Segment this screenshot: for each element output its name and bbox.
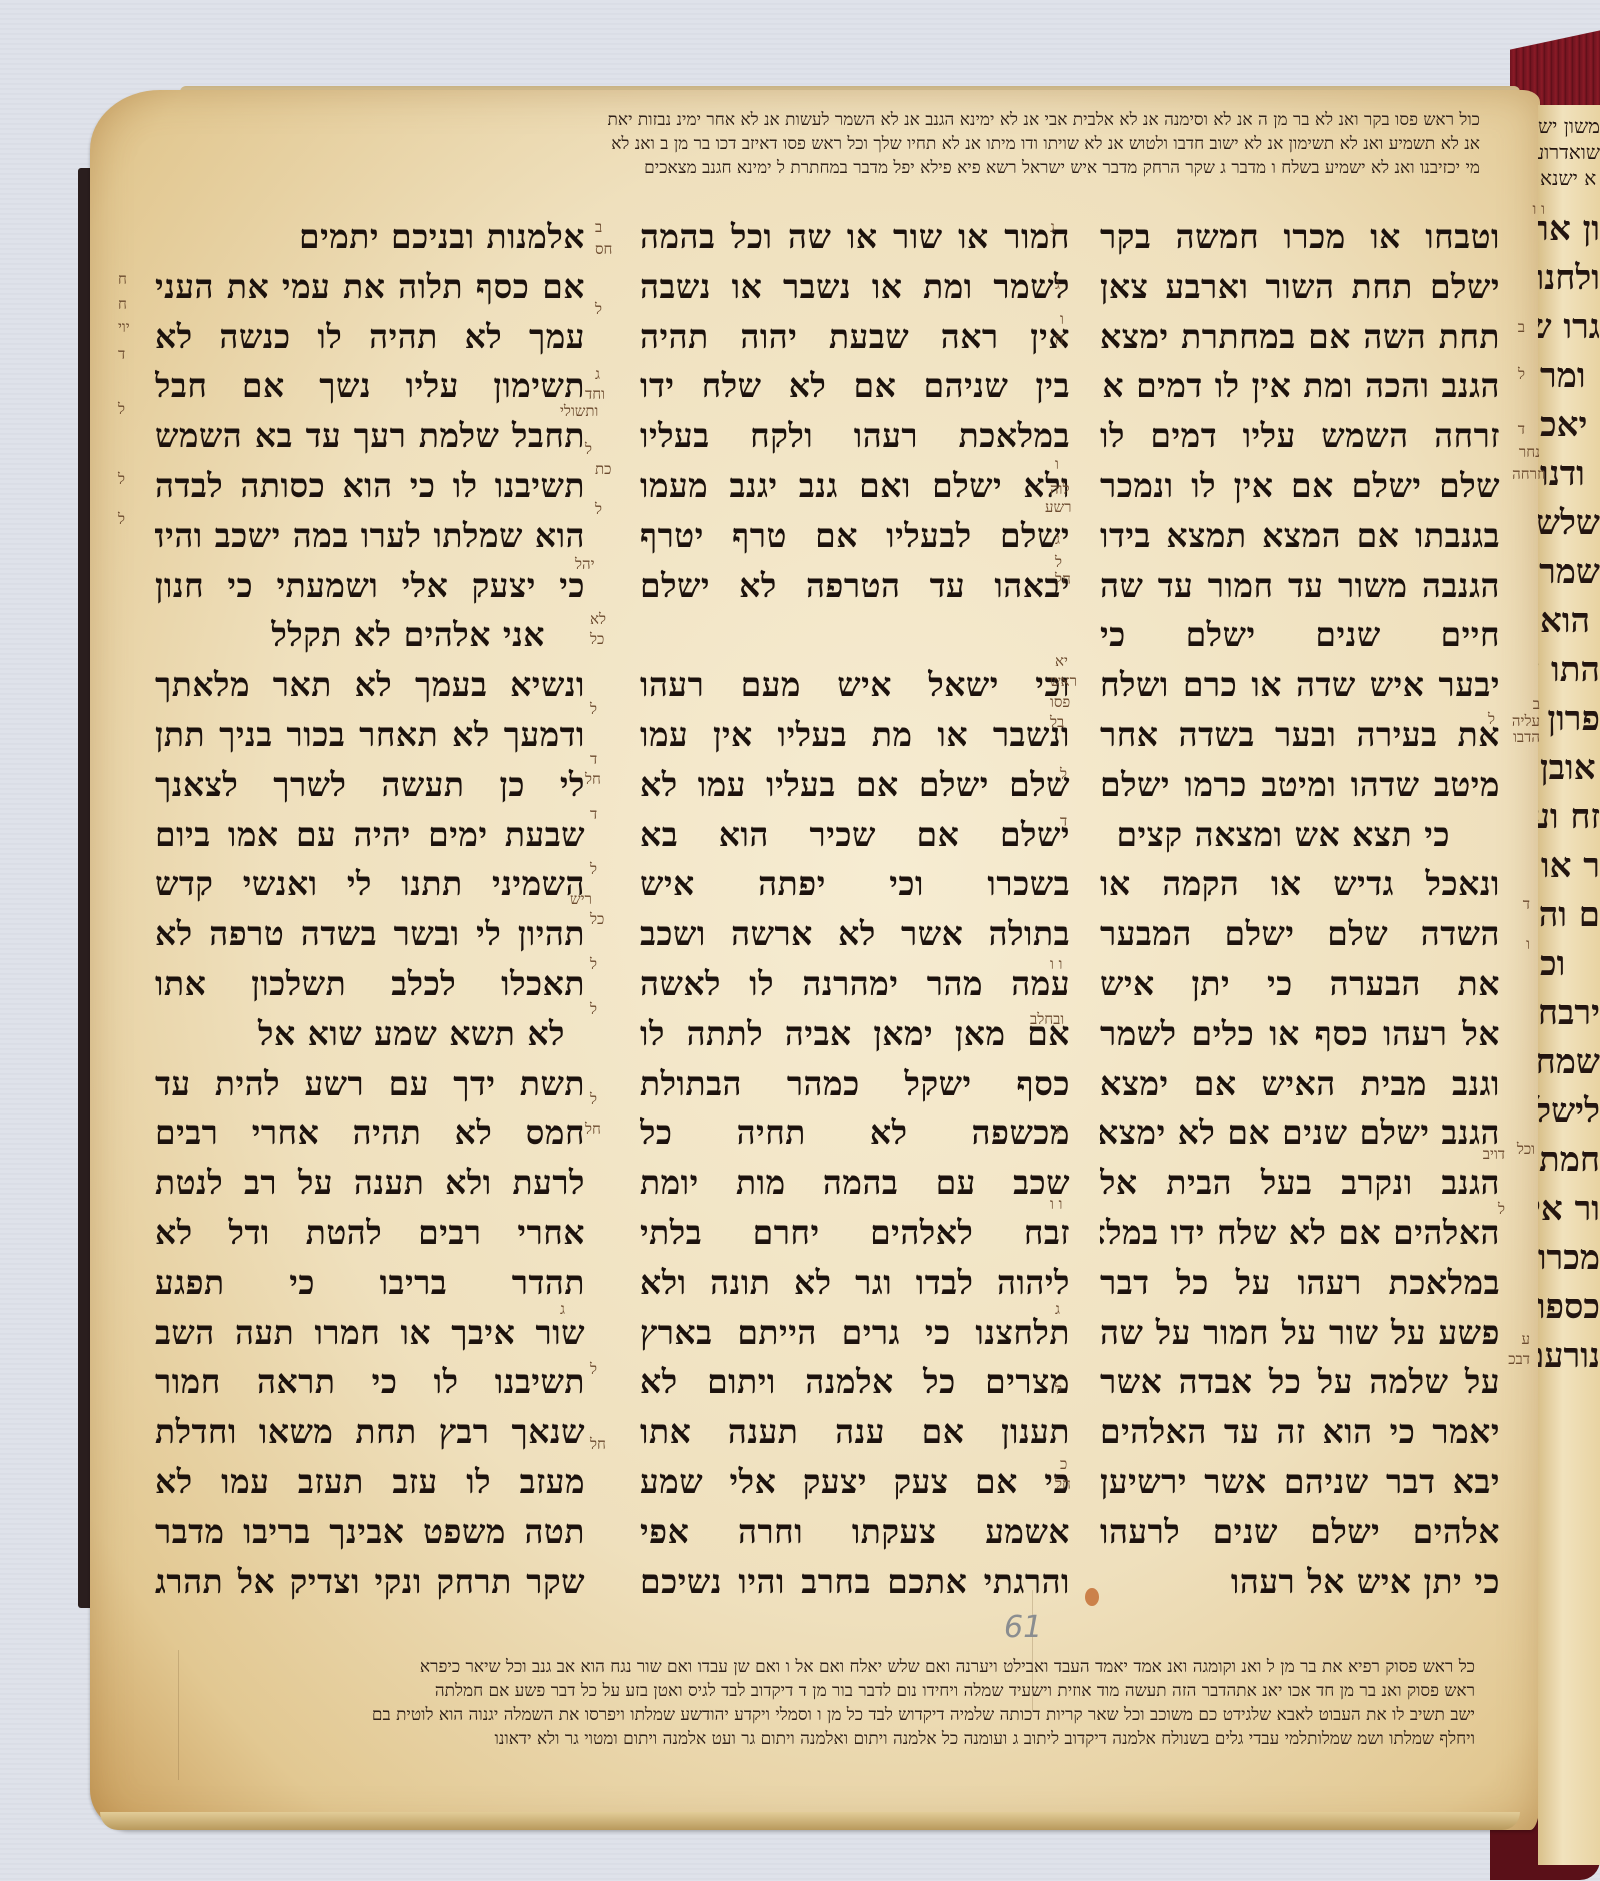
next-page-line: נורעם — [1538, 1332, 1600, 1381]
margin-note: ג — [1055, 1300, 1060, 1318]
next-page-line: ור איש — [1538, 1185, 1600, 1234]
text-line: אני אלהים לא תקלל — [155, 610, 585, 660]
margin-note: ל — [1060, 765, 1067, 783]
text-line: שכב עם בהמה מות יומת — [640, 1158, 1070, 1208]
masorah-magna-top: כול ראש פסו בקר ואנ לא בר מן ה אנ לא וסי… — [150, 108, 1480, 180]
margin-note: ל — [1488, 710, 1495, 728]
margin-note: כת — [595, 460, 611, 478]
text-line: שלם ישלם אם בעליו עמו לא — [640, 760, 1070, 810]
margin-note: ו ו — [1050, 955, 1062, 973]
margin-note: וכל — [1517, 1140, 1535, 1158]
text-line: תטה משפט אבינך בריבו מדבר — [155, 1507, 585, 1557]
margin-note: חס — [595, 240, 612, 258]
next-page-line: ומר — [1538, 352, 1600, 401]
text-line: שנאך רבץ תחת משאו וחדלת — [155, 1407, 585, 1457]
next-page-line: שואדרוע — [1538, 139, 1600, 165]
text-line: ישלם לבעליו אם טרף יטרף — [640, 511, 1070, 561]
facing-page-fragment: משון יש שואדרוע א ישנא ון ארש ולחנו גרו … — [1538, 105, 1600, 1865]
margin-note: ל — [590, 1000, 597, 1018]
text-line: אשמע צעקתו וחרה אפי — [640, 1507, 1070, 1557]
next-page-line: אובן — [1538, 744, 1600, 793]
margin-note: ב — [1533, 695, 1540, 713]
next-page-line: הוא — [1538, 597, 1600, 646]
text-line: אם מאן ימאן אביה לתתה לו — [640, 1009, 1070, 1059]
margin-note: ובחלב — [1030, 1010, 1064, 1028]
text-line: מכשפה לא תחיה כל — [640, 1108, 1070, 1158]
margin-note: חל — [590, 1435, 606, 1453]
margin-note: ל — [595, 500, 602, 518]
text-line: הוא שמלתו לערו במה ישכב והיה — [155, 511, 585, 561]
text-line: עמה מהר ימהרנה לו לאשה — [640, 959, 1070, 1009]
margin-note: ריש — [570, 890, 592, 908]
text-line: ונשבר או מת בעליו אין עמו — [640, 710, 1070, 760]
next-page-line: שמרנ — [1538, 548, 1600, 597]
margin-note: ג — [1055, 275, 1060, 293]
margin-note: רשע — [1045, 498, 1071, 516]
folio-number: 61 — [1004, 1610, 1042, 1645]
margin-note: דויב — [1483, 1145, 1505, 1163]
masorah-line: ישב תשיב לו את העבוט לאבא שלגידט כם משוכ… — [185, 1703, 1475, 1727]
masorah-line: ראש פסוק ואנ בר מן חד אכו יאנ אתהדבר הזה… — [185, 1679, 1475, 1703]
next-page-line: מכרו אח — [1538, 1234, 1600, 1283]
next-page-line: וכ — [1538, 940, 1600, 989]
margin-note: יוי — [118, 318, 130, 336]
ruling-line — [178, 1650, 179, 1780]
next-page-line: משון יש — [1538, 113, 1600, 139]
text-line: תשימון עליו נשך אם חבל — [155, 361, 585, 411]
text-line: אין ראה שבעת יהוה תהיה — [640, 312, 1070, 362]
text-line: לשמר ומת או נשבר או נשבה — [640, 262, 1070, 312]
next-page-line: א ישנא — [1538, 165, 1600, 205]
text-line: בין שניהם אם לא שלח ידו — [640, 361, 1070, 411]
margin-note: ו — [1526, 935, 1530, 953]
masorah-line: כול ראש פסו בקר ואנ לא בר מן ה אנ לא וסי… — [150, 108, 1480, 132]
text-line: כי אם צעק יצעק אלי שמע — [640, 1457, 1070, 1507]
next-page-line: ודנו — [1538, 450, 1600, 499]
margin-note: חל — [1055, 1475, 1071, 1493]
next-page-line: זח ועשו — [1538, 793, 1600, 842]
margin-note: ותשולי — [560, 402, 598, 420]
margin-note: ל — [1498, 1200, 1505, 1218]
margin-note: ו — [1060, 310, 1064, 328]
next-page-line: ון ארש — [1538, 205, 1600, 254]
text-line: שקר תרחק ונקי וצדיק אל תהרג — [155, 1557, 585, 1607]
text-line: וכי ישאל איש מעם רעהו — [640, 660, 1070, 710]
text-line: חמור או שור או שה וכל בהמה — [640, 212, 1070, 262]
text-line: ליהוה לבדו וגר לא תונה ולא — [640, 1258, 1070, 1308]
text-line: תאכלו לכלב תשלכון אתו — [155, 959, 585, 1009]
margin-note: ל — [590, 955, 597, 973]
text-line: תהיון לי ובשר בשדה טרפה לא — [155, 909, 585, 959]
margin-note: בל — [1050, 713, 1064, 731]
margin-note: ע — [1522, 1330, 1531, 1348]
margin-note: ו ו — [1050, 1195, 1062, 1213]
masorah-line: כל ראש פסוק רפיא את בר מן ל ואנ וקומגה ו… — [185, 1655, 1475, 1679]
margin-note: ל — [1055, 1380, 1062, 1398]
margin-note: כ — [1060, 1455, 1067, 1473]
next-page-line: גרו שו — [1538, 303, 1600, 352]
text-line: שור איבך או חמרו תעה השב — [155, 1308, 585, 1358]
text-line: מצרים כל אלמנה ויתום לא — [640, 1357, 1070, 1407]
next-page-line: שמח שו — [1538, 1038, 1600, 1087]
text-line: ולא ישלם ואם גנב יגנב מעמו — [640, 461, 1070, 511]
masora-parva-left-gutter: ב חס ל ג וחד ותשולי ל כת ל יהל לא כל ל ד… — [545, 0, 640, 1881]
text-line: זבח לאלהים יחרם בלתי — [640, 1208, 1070, 1258]
next-page-line: יאכ — [1538, 401, 1600, 450]
margin-note: וחד — [585, 385, 605, 403]
text-line: כי יצעק אלי ושמעתי כי חנון — [155, 561, 585, 611]
text-line: מעזב לו עזב תעזב עמו לא — [155, 1457, 585, 1507]
margin-note: ל — [595, 300, 602, 318]
margin-note: חל — [585, 1120, 601, 1138]
margin-note: יהל — [575, 555, 595, 573]
masora-parva-far-left: ח ח יוי ד ל ל ל — [110, 0, 150, 1881]
margin-note: חל — [585, 770, 601, 788]
text-line: חמס לא תהיה אחרי רבים — [155, 1108, 585, 1158]
margin-note: ל — [590, 860, 597, 878]
margin-note: הדבו — [1513, 728, 1540, 746]
next-page-line: חמת והח — [1538, 1136, 1600, 1185]
margin-note: ד — [590, 805, 597, 823]
text-line: אם כסף תלוה את עמי את העני — [155, 262, 585, 312]
text-line: תשת ידך עם רשע להית עד — [155, 1059, 585, 1109]
margin-note: לוה — [1050, 480, 1069, 498]
masora-parva-right-gutter-extra: ב עליה הדבו ל ד ו דויב וכל ל ע דבכ — [1420, 0, 1540, 1881]
text-line: לרעת ולא תענה על רב לנטת — [155, 1158, 585, 1208]
next-page-line: שלשו — [1538, 499, 1600, 548]
text-line: בשכרו וכי יפתה איש — [640, 859, 1070, 909]
margin-note: ג — [1055, 1120, 1060, 1138]
margin-note: ד — [590, 750, 597, 768]
text-column-left: אלמנות ובניכם יתמים אם כסף תלוה את עמי א… — [155, 212, 585, 1606]
margin-note: ח — [118, 270, 127, 288]
margin-note: ל — [590, 1360, 597, 1378]
margin-note: ד — [1523, 895, 1530, 913]
margin-note: ג — [560, 1300, 565, 1318]
margin-note: ל — [118, 400, 125, 418]
ink-stain — [1085, 1588, 1099, 1606]
next-page-line: כספו וגם — [1538, 1283, 1600, 1332]
margin-note: ג — [1050, 218, 1055, 236]
margin-note: כל — [590, 910, 604, 928]
next-page-line: ם וה — [1538, 891, 1600, 940]
margin-note: ל — [585, 440, 592, 458]
margin-note: ד — [118, 345, 125, 363]
text-line: שבעת ימים יהיה עם אמו ביום — [155, 810, 585, 860]
next-page-line: פרון נו — [1538, 695, 1600, 744]
text-line: תחבל שלמת רעך עד בא השמש — [155, 411, 585, 461]
margin-note: לא — [590, 610, 606, 628]
margin-note: ג — [595, 365, 600, 383]
masorah-magna-bottom: כל ראש פסוק רפיא את בר מן ל ואנ וקומגה ו… — [185, 1655, 1475, 1751]
text-line: תלחצנו כי גרים הייתם בארץ — [640, 1308, 1070, 1358]
margin-note: ל — [590, 700, 597, 718]
next-page-line: ר או אמ — [1538, 842, 1600, 891]
text-line: עמך לא תהיה לו כנשה לא — [155, 312, 585, 362]
margin-note: ד — [1060, 812, 1067, 830]
masorah-line: אנ לא תשמיע ואנ לא תשימון אנ לא ישוב חדב… — [150, 132, 1480, 156]
margin-note: ל — [118, 470, 125, 488]
margin-note: ה — [1055, 330, 1064, 348]
margin-note: כל — [590, 630, 604, 648]
text-line: השמיני תתנו לי ואנשי קדש — [155, 859, 585, 909]
text-line: בתולה אשר לא ארשה ושכב — [640, 909, 1070, 959]
margin-note: ראש — [1050, 672, 1077, 690]
text-line: תענון אם ענה תענה אתו — [640, 1407, 1070, 1457]
margin-note: ו — [1055, 455, 1059, 473]
text-line: אלמנות ובניכם יתמים — [155, 212, 585, 262]
masorah-line: ויחלף שמלתו ושמ שמלותלמי עבדי גלים בשנול… — [185, 1727, 1475, 1751]
text-line: תשיבנו לו כי תראה חמור — [155, 1357, 585, 1407]
text-line: אחרי רבים להטת ודל לא — [155, 1208, 585, 1258]
text-line: ונשיא בעמך לא תאר מלאתך — [155, 660, 585, 710]
margin-note: ח — [118, 295, 127, 313]
next-page-line: התו אם — [1538, 646, 1600, 695]
next-page-line: ירבח א — [1538, 989, 1600, 1038]
margin-note: חל — [1055, 570, 1071, 588]
text-line: ישלם אם שכיר הוא בא — [640, 810, 1070, 860]
section-break — [640, 610, 1070, 660]
text-line: לי כן תעשה לשרך לצאנך — [155, 760, 585, 810]
text-line: כסף ישקל כמהר הבתולת — [640, 1059, 1070, 1109]
margin-note: ג — [1055, 530, 1060, 548]
text-column-middle: חמור או שור או שה וכל בהמה לשמר ומת או נ… — [640, 212, 1070, 1606]
text-line: לא תשא שמע שוא אל — [155, 1009, 585, 1059]
page-edge-bottom — [100, 1812, 1520, 1830]
text-line: ודמעך לא תאחר בכור בניך תתן — [155, 710, 585, 760]
next-page-line: ולחנו — [1538, 254, 1600, 303]
next-page-line: לישל — [1538, 1087, 1600, 1136]
text-line: תהדר בריבו כי תפגע — [155, 1258, 585, 1308]
masorah-line: מי יכזיבנו ואנ לא ישמיע בשלח ו מדבר ג שק… — [150, 156, 1480, 180]
margin-note: ל — [118, 510, 125, 528]
text-line: במלאכת רעהו ולקח בעליו — [640, 411, 1070, 461]
text-line: והרגתי אתכם בחרב והיו נשיכם — [640, 1557, 1070, 1607]
margin-note: פסו — [1050, 693, 1070, 711]
margin-note: ל — [1055, 553, 1062, 571]
text-line: יבאהו עד הטרפה לא ישלם — [640, 561, 1070, 611]
margin-note: יא — [1055, 652, 1068, 670]
text-line: תשיבנו לו כי הוא כסותה לבדה — [155, 461, 585, 511]
margin-note: דבכ — [1508, 1350, 1530, 1368]
margin-note: ב — [595, 218, 602, 236]
margin-note: ל — [590, 1090, 597, 1108]
